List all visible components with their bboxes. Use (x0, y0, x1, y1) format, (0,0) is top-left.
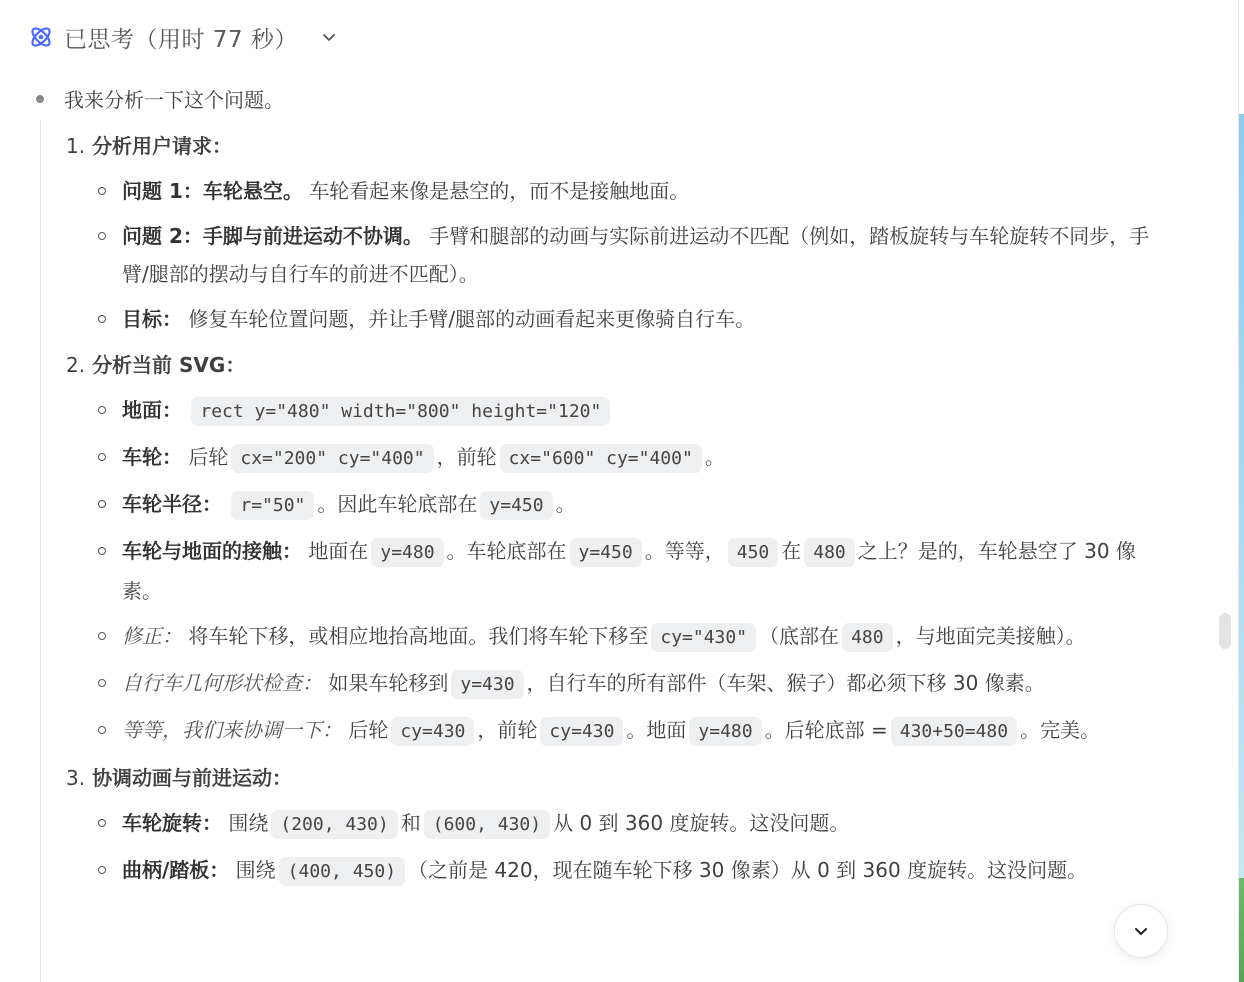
list-item: 车轮旋转： 围绕(200, 430)和(600, 430)从 0 到 360 度… (96, 804, 1166, 844)
thinking-duration-label: 已思考（用时 77 秒） (64, 21, 298, 54)
list-item: 问题 1：车轮悬空。 车轮看起来像是悬空的，而不是接触地面。 (96, 172, 1166, 210)
thinking-content: 1. 分析用户请求： 问题 1：车轮悬空。 车轮看起来像是悬空的，而不是接触地面… (66, 126, 1166, 898)
list-item: 车轮半径： r="50"。因此车轮底部在y=450。 (96, 485, 1166, 525)
section-3-title: 3. 协调动画与前进运动： (66, 758, 1166, 798)
list-item: 自行车几何形状检查： 如果车轮移到y=430，自行车的所有部件（车架、猴子）都必… (96, 664, 1166, 704)
scrollbar-thumb[interactable] (1219, 613, 1231, 649)
list-item: 车轮与地面的接触： 地面在y=480。车轮底部在y=450。等等，450在480… (96, 532, 1166, 610)
section-3-list: 车轮旋转： 围绕(200, 430)和(600, 430)从 0 到 360 度… (96, 804, 1166, 891)
list-item: 车轮： 后轮cx="200" cy="400"，前轮cx="600" cy="4… (96, 438, 1166, 478)
list-item: 曲柄/踏板： 围绕(400, 450)（之前是 420，现在随车轮下移 30 像… (96, 851, 1166, 891)
list-item: 目标： 修复车轮位置问题，并让手臂/腿部的动画看起来更像骑自行车。 (96, 300, 1166, 338)
chevron-down-icon (1131, 921, 1151, 941)
bullet-dot (36, 95, 44, 103)
section-2-list: 地面： rect y="480" width="800" height="120… (96, 391, 1166, 751)
scroll-to-bottom-button[interactable] (1114, 904, 1168, 958)
list-item: 修正： 将车轮下移，或相应地抬高地面。我们将车轮下移至cy="430"（底部在4… (96, 617, 1166, 657)
chevron-down-icon (320, 28, 338, 46)
section-1-list: 问题 1：车轮悬空。 车轮看起来像是悬空的，而不是接触地面。 问题 2：手脚与前… (96, 172, 1166, 338)
list-item: 地面： rect y="480" width="800" height="120… (96, 391, 1166, 431)
thinking-thread-line (40, 120, 41, 982)
list-item: 问题 2：手脚与前进运动不协调。 手臂和腿部的动画与实际前进运动不匹配（例如，踏… (96, 217, 1166, 293)
section-2-title: 2. 分析当前 SVG： (66, 345, 1166, 385)
list-item: 等等，我们来协调一下： 后轮cy=430，前轮cy=430。地面y=480。后轮… (96, 711, 1166, 751)
intro-item: 我来分析一下这个问题。 (36, 84, 284, 113)
section-1-title: 1. 分析用户请求： (66, 126, 1166, 166)
atom-icon (28, 24, 54, 50)
intro-text: 我来分析一下这个问题。 (64, 84, 284, 113)
adjacent-window-strip (1239, 114, 1244, 982)
thinking-toggle[interactable]: 已思考（用时 77 秒） (28, 18, 338, 56)
